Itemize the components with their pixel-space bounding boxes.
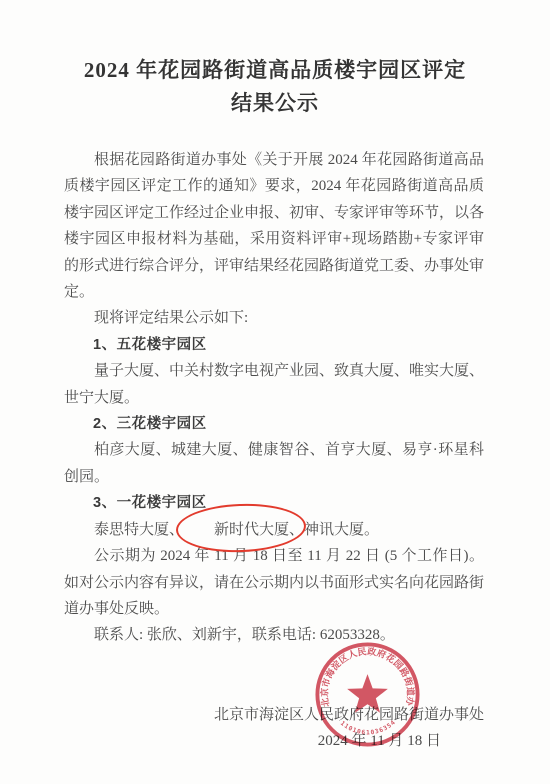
contact-line: 联系人: 张欣、刘新宇，联系电话: 62053328。 bbox=[64, 622, 484, 648]
section-1-heading: 1、五花楼宇园区 bbox=[64, 332, 484, 358]
section-3-heading: 3、一花楼宇园区 bbox=[64, 490, 484, 516]
seal-star bbox=[347, 674, 388, 713]
section-2-content: 柏彦大厦、城建大厦、健康智谷、首亨大厦、易亨·环星科创园。 bbox=[64, 437, 484, 490]
section-3-content-before: 泰思特大厦、 bbox=[94, 522, 184, 538]
document-body: 根据花园路街道办事处《关于开展 2024 年花园路街道高品质楼宇园区评定工作的通… bbox=[64, 147, 484, 755]
document-title: 2024 年花园路街道高品质楼宇园区评定 结果公示 bbox=[0, 0, 550, 120]
title-line-2: 结果公示 bbox=[0, 87, 550, 120]
intro-paragraph: 根据花园路街道办事处《关于开展 2024 年花园路街道高品质楼宇园区评定工作的通… bbox=[64, 147, 484, 305]
signature-office: 北京市海淀区人民政府花园路街道办事处 bbox=[64, 702, 484, 728]
notice-paragraph: 公示期为 2024 年 11 月 18 日至 11 月 22 日 (5 个工作日… bbox=[64, 543, 484, 622]
section-1-content: 量子大厦、中关村数字电视产业园、致真大厦、唯实大厦、世宁大厦。 bbox=[64, 358, 484, 411]
signature-date: 2024 年 11 月 18 日 bbox=[64, 728, 484, 754]
section-3-content-after: 神讯大厦。 bbox=[304, 522, 379, 538]
circled-text: 新时代大厦、 bbox=[214, 522, 304, 538]
lead-in-line: 现将评定结果公示如下: bbox=[64, 305, 484, 331]
title-line-1: 2024 年花园路街道高品质楼宇园区评定 bbox=[0, 54, 550, 87]
section-3-content: 泰思特大厦、新时代大厦、神讯大厦。 bbox=[64, 517, 484, 543]
official-seal: 北京市海淀区人民政府花园路街道办事处 11010610363549 bbox=[314, 641, 421, 748]
document-page: 2024 年花园路街道高品质楼宇园区评定 结果公示 根据花园路街道办事处《关于开… bbox=[0, 0, 550, 784]
section-2-heading: 2、三花楼宇园区 bbox=[64, 411, 484, 437]
circled-building-name: 新时代大厦、 bbox=[184, 517, 304, 543]
official-seal-graphic: 北京市海淀区人民政府花园路街道办事处 11010610363549 bbox=[314, 641, 421, 748]
signature-block: 北京市海淀区人民政府花园路街道办事处 2024 年 11 月 18 日 bbox=[64, 702, 484, 755]
